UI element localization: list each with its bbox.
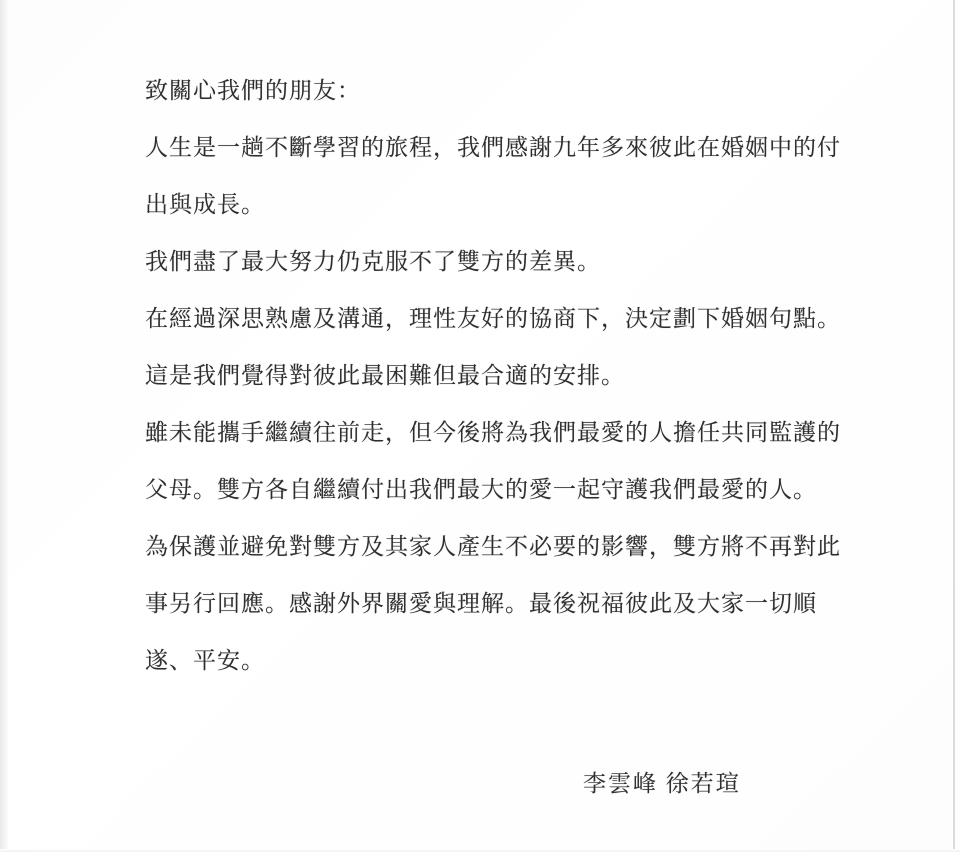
letter-line: 父母。雙方各自繼續付出我們最大的愛一起守護我們最愛的人。 <box>145 461 865 518</box>
letter-line: 事另行回應。感謝外界關愛與理解。最後祝福彼此及大家一切順 <box>145 575 865 632</box>
letter-document-page: 致關心我們的朋友： 人生是一趟不斷學習的旅程，我們感謝九年多來彼此在婚姻中的付 … <box>0 0 960 852</box>
photo-right-edge <box>953 0 955 852</box>
letter-line: 我們盡了最大努力仍克服不了雙方的差異。 <box>145 233 865 290</box>
letter-line: 為保護並避免對雙方及其家人產生不必要的影響，雙方將不再對此 <box>145 518 865 575</box>
letter-line: 出與成長。 <box>145 176 865 233</box>
letter-line: 雖未能攜手繼續往前走，但今後將為我們最愛的人擔任共同監護的 <box>145 404 865 461</box>
letter-body: 致關心我們的朋友： 人生是一趟不斷學習的旅程，我們感謝九年多來彼此在婚姻中的付 … <box>145 62 865 689</box>
letter-line: 在經過深思熟慮及溝通，理性友好的協商下，決定劃下婚姻句點。 <box>145 290 865 347</box>
letter-signature: 李雲峰 徐若瑄 <box>583 770 741 798</box>
letter-salutation: 致關心我們的朋友： <box>145 62 865 119</box>
photo-left-edge <box>0 0 8 852</box>
letter-line: 遂、平安。 <box>145 632 865 689</box>
letter-line: 人生是一趟不斷學習的旅程，我們感謝九年多來彼此在婚姻中的付 <box>145 119 865 176</box>
letter-line: 這是我們覺得對彼此最困難但最合適的安排。 <box>145 347 865 404</box>
